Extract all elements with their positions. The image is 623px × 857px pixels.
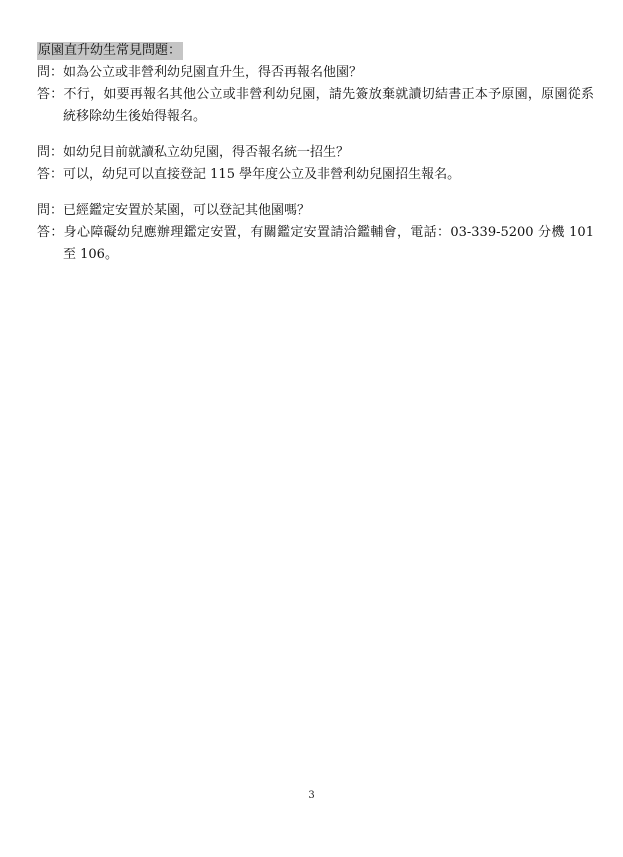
question-line: 問：如幼兒目前就讀私立幼兒園，得否報名統一招生？ (37, 142, 594, 164)
answer-label: 答： (37, 87, 64, 102)
answer-line: 答：身心障礙幼兒應辦理鑑定安置，有關鑑定安置請洽鑑輔會，電話：03-339-52… (37, 222, 594, 266)
question-label: 問： (37, 65, 63, 80)
question-label: 問： (37, 203, 63, 218)
answer-label: 答： (37, 225, 64, 240)
answer-text: 身心障礙幼兒應辦理鑑定安置，有關鑑定安置請洽鑑輔會，電話：03-339-5200… (63, 225, 594, 262)
qa-block-1: 問：如為公立或非營利幼兒園直升生，得否再報名他園？ 答：不行，如要再報名其他公立… (37, 62, 594, 128)
answer-text: 可以，幼兒可以直接登記 115 學年度公立及非營利幼兒園招生報名。 (63, 167, 460, 182)
question-line: 問：如為公立或非營利幼兒園直升生，得否再報名他園？ (37, 62, 594, 84)
qa-block-3: 問：已經鑑定安置於某園，可以登記其他園嗎？ 答：身心障礙幼兒應辦理鑑定安置，有關… (37, 200, 594, 266)
document-content: 原園直升幼生常見問題： 問：如為公立或非營利幼兒園直升生，得否再報名他園？ 答：… (37, 40, 594, 266)
answer-text: 不行，如要再報名其他公立或非營利幼兒園，請先簽放棄就讀切結書正本予原園，原園從系… (63, 87, 594, 124)
document-page: 原園直升幼生常見問題： 問：如為公立或非營利幼兒園直升生，得否再報名他園？ 答：… (0, 0, 623, 857)
question-text: 如為公立或非營利幼兒園直升生，得否再報名他園？ (63, 65, 362, 80)
answer-line: 答：不行，如要再報名其他公立或非營利幼兒園，請先簽放棄就讀切結書正本予原園，原園… (37, 84, 594, 128)
section-title: 原園直升幼生常見問題： (37, 40, 594, 62)
question-line: 問：已經鑑定安置於某園，可以登記其他園嗎？ (37, 200, 594, 222)
question-label: 問： (37, 145, 63, 160)
answer-line: 答：可以，幼兒可以直接登記 115 學年度公立及非營利幼兒園招生報名。 (37, 164, 594, 186)
qa-block-2: 問：如幼兒目前就讀私立幼兒園，得否報名統一招生？ 答：可以，幼兒可以直接登記 1… (37, 142, 594, 186)
question-text: 如幼兒目前就讀私立幼兒園，得否報名統一招生？ (63, 145, 349, 160)
answer-label: 答： (37, 167, 63, 182)
section-title-text: 原園直升幼生常見問題： (37, 42, 183, 60)
question-text: 已經鑑定安置於某園，可以登記其他園嗎？ (63, 203, 310, 218)
page-number: 3 (0, 789, 623, 803)
